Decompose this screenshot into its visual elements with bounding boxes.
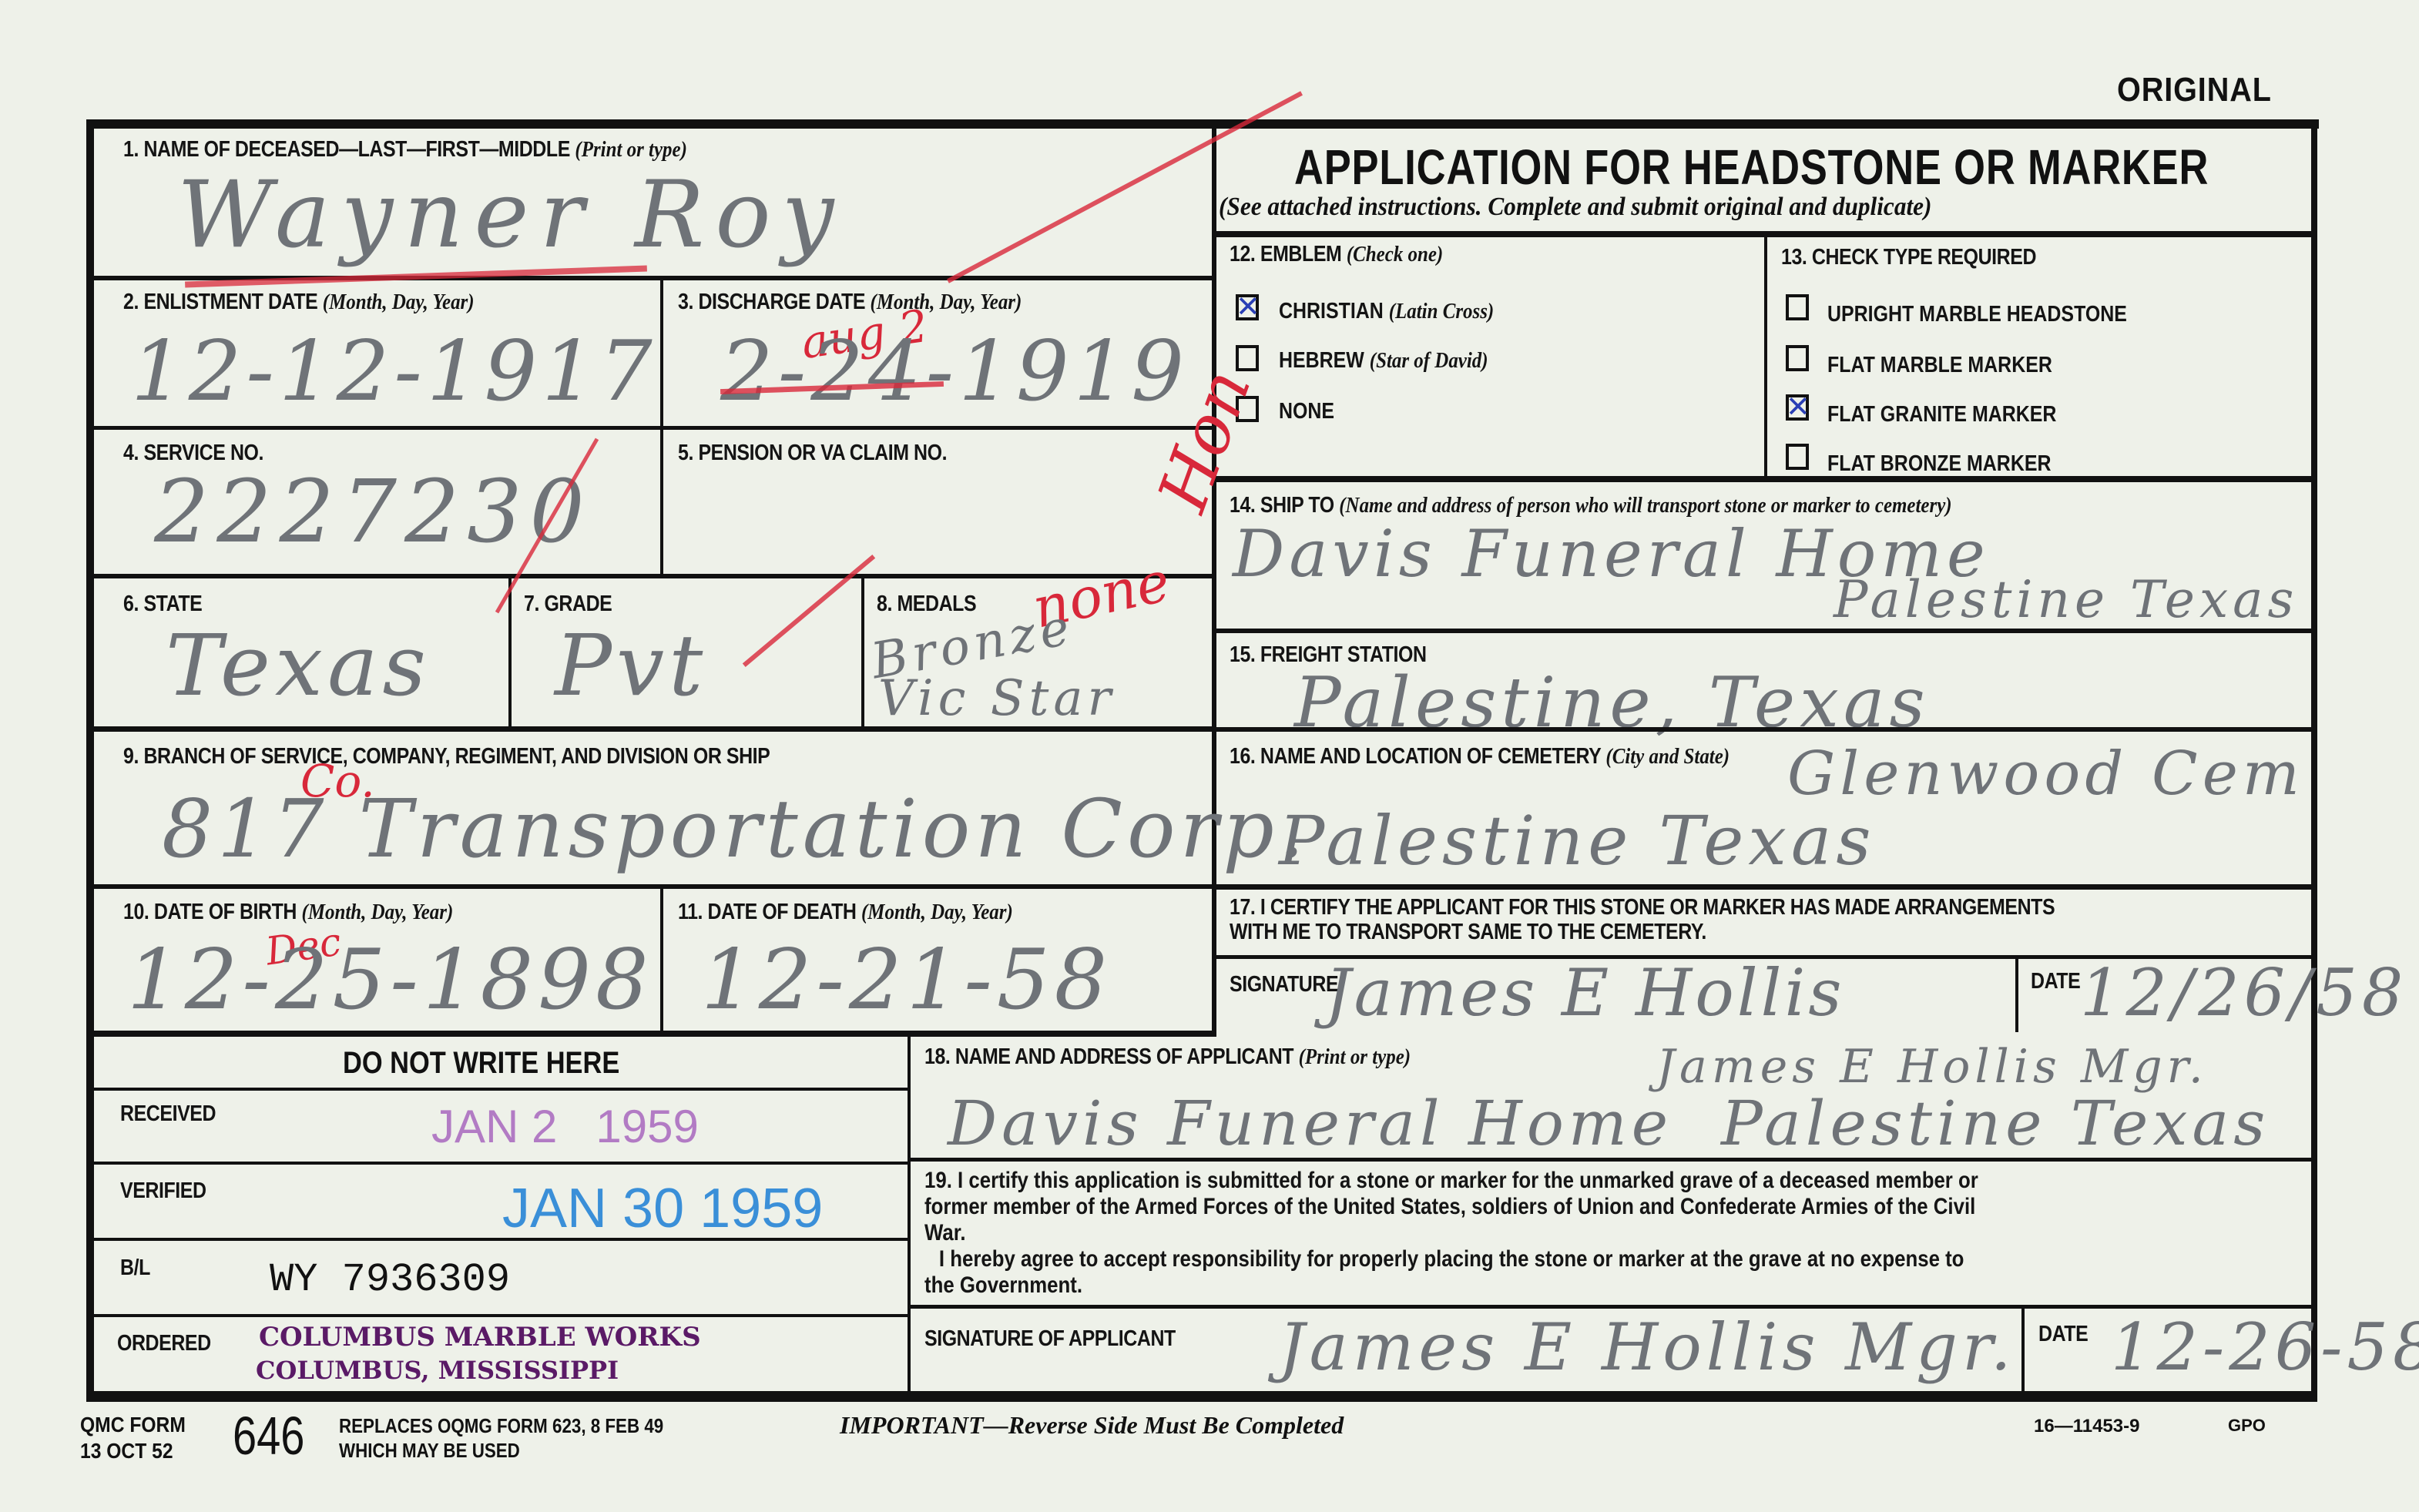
divider [86,1031,1216,1037]
branch-value[interactable]: 817 Transportation Corp. [162,782,1309,876]
frame-bottom [86,1391,2317,1402]
type-upright-marble-option[interactable]: UPRIGHT MARBLE HEADSTONE [1827,302,2127,327]
field-1-label: 1. NAME OF DECEASED—LAST—FIRST—MIDDLE (P… [123,137,687,163]
emblem-christian-hint: (Latin Cross) [1389,299,1495,324]
field-9-label: 9. BRANCH OF SERVICE, COMPANY, REGIMENT,… [123,744,770,769]
red-slash-3 [743,555,875,667]
field-17-label-line-1: 17. I CERTIFY THE APPLICANT FOR THIS STO… [1230,895,2055,920]
divider [911,1305,2313,1309]
emblem-hebrew-option[interactable]: HEBREW (Star of David) [1279,348,1488,374]
transporter-signature-value[interactable]: James E Hollis [1325,955,1844,1031]
deceased-name-value[interactable]: Wayner Roy [177,162,844,269]
bill-of-lading-value: WY 7936309 [270,1257,510,1302]
emblem-hebrew-hint: (Star of David) [1370,348,1488,373]
type-upright-marble-checkbox[interactable] [1786,294,1809,320]
type-flat-granite-checkbox[interactable] [1786,394,1809,421]
frame-left [86,119,94,1400]
field-14-label: 14. SHIP TO (Name and address of person … [1230,493,1952,518]
death-date-value[interactable]: 12-21-58 [701,932,1112,1028]
form-id-line-2: 13 OCT 52 [80,1439,173,1463]
divider [660,430,663,576]
replaces-line-2: WHICH MAY BE USED [339,1439,520,1463]
bill-of-lading-label: B/L [120,1256,150,1281]
field-12-label-hint: (Check one) [1347,242,1443,267]
field-14-label-hint: (Name and address of person who will tra… [1339,493,1951,518]
frame-right [2311,119,2317,1400]
important-prefix: IMPORTANT [840,1411,984,1439]
divider [94,884,1212,889]
divider [1216,727,2313,732]
verified-stamp: JAN 30 1959 [502,1177,823,1240]
field-18-label-hint: (Print or type) [1299,1044,1411,1069]
pension-claim-value[interactable] [678,485,1202,562]
field-2-label-hint: (Month, Day, Year) [323,290,475,314]
applicant-date-label: DATE [2038,1322,2088,1347]
divider [94,1238,909,1241]
verified-label: VERIFIED [120,1178,206,1204]
medals-value-line-2[interactable]: Vic Star [878,670,1116,727]
print-code: 16—11453-9 [2034,1416,2139,1437]
discharge-date-value[interactable]: 2-24-1919 [720,324,1189,420]
frame-top [86,119,2319,129]
type-flat-marble-option[interactable]: FLAT MARBLE MARKER [1827,353,2052,378]
divider [508,578,512,726]
transporter-date-label: DATE [2031,969,2080,994]
field-12-label-text: 12. EMBLEM [1230,242,1341,267]
field-10-label-text: 10. DATE OF BIRTH [123,900,297,924]
field-8-label: 8. MEDALS [877,592,976,617]
field-5-label: 5. PENSION OR VA CLAIM NO. [678,441,947,466]
certification-paragraph-1: 19. I certify this application is submit… [924,1168,1991,1246]
form-subtitle: (See attached instructions. Complete and… [1219,193,1931,222]
type-flat-bronze-option[interactable]: FLAT BRONZE MARKER [1827,451,2051,477]
divider [911,1158,2313,1162]
printer-label: GPO [2228,1416,2266,1436]
replaces-line-1: REPLACES OQMG FORM 623, 8 FEB 49 [339,1414,663,1438]
divider [1764,237,1767,476]
divider [861,578,864,726]
form-title: APPLICATION FOR HEADSTONE OR MARKER [1294,139,2209,196]
type-flat-marble-checkbox[interactable] [1786,345,1809,371]
office-use-title: DO NOT WRITE HERE [343,1046,619,1081]
cemetery-value-line-2[interactable]: Palestine Texas [1279,801,1876,880]
type-flat-bronze-checkbox[interactable] [1786,444,1809,470]
applicant-signature-label: SIGNATURE OF APPLICANT [924,1326,1176,1352]
ordered-stamp-line-2: COLUMBUS, MISSISSIPPI [256,1356,619,1385]
divider [1216,476,2313,482]
emblem-hebrew-checkbox[interactable] [1236,345,1259,371]
field-18-label-text: 18. NAME AND ADDRESS OF APPLICANT [924,1044,1293,1069]
divider [908,1037,911,1393]
divider [94,726,1212,732]
field-10-label: 10. DATE OF BIRTH (Month, Day, Year) [123,900,453,925]
field-2-label-text: 2. ENLISTMENT DATE [123,290,317,314]
field-11-label-hint: (Month, Day, Year) [861,900,1013,924]
important-text: —Reverse Side Must Be Completed [984,1411,1344,1439]
certification-text: 19. I certify this application is submit… [924,1168,1991,1299]
divider [94,1314,909,1317]
divider [1216,884,2313,890]
field-1-label-text: 1. NAME OF DECEASED—LAST—FIRST—MIDDLE [123,137,570,162]
divider [2021,1309,2025,1392]
divider [1216,629,2313,633]
field-7-label: 7. GRADE [524,592,612,617]
service-number-value[interactable]: 2227230 [154,462,592,562]
field-11-label-text: 11. DATE OF DEATH [678,900,857,924]
form-number: 646 [233,1408,304,1463]
applicant-signature-above: James E Hollis Mgr. [1656,1040,2208,1094]
field-13-label: 13. CHECK TYPE REQUIRED [1781,245,2036,270]
field-16-label-hint: (City and State) [1605,744,1730,769]
emblem-hebrew-label: HEBREW [1279,348,1364,373]
divider [94,1162,909,1165]
field-1-label-hint: (Print or type) [575,137,686,162]
applicant-date-value[interactable]: 12-26-58 [2111,1309,2419,1385]
important-note: IMPORTANT—Reverse Side Must Be Completed [840,1411,1344,1440]
type-flat-granite-option[interactable]: FLAT GRANITE MARKER [1827,402,2056,427]
grade-value[interactable]: Pvt [555,616,707,715]
transporter-date-value[interactable]: 12/26/58 [2080,955,2407,1031]
state-value[interactable]: Texas [166,616,431,715]
ordered-stamp-line-1: COLUMBUS MARBLE WORKS [259,1322,701,1353]
emblem-christian-label: CHRISTIAN [1279,299,1384,324]
divider [2015,959,2018,1032]
field-17-label-line-2: WITH ME TO TRANSPORT SAME TO THE CEMETER… [1230,920,1706,945]
field-11-label: 11. DATE OF DEATH (Month, Day, Year) [678,900,1013,925]
field-6-label: 6. STATE [123,592,202,617]
cemetery-value-line-1[interactable]: Glenwood Cem [1787,739,2304,809]
enlistment-date-value[interactable]: 12-12-1917 [131,324,657,420]
field-14-label-text: 14. SHIP TO [1230,493,1334,518]
form-id-line-1: QMC FORM [80,1413,186,1437]
divider [94,1088,909,1091]
received-stamp: JAN 2 1959 [431,1100,699,1153]
copy-label: ORIGINAL [2117,71,2272,109]
field-12-label: 12. EMBLEM (Check one) [1230,242,1443,267]
divider [660,280,663,427]
divider [94,426,1212,430]
divider [1216,231,2313,237]
emblem-christian-option[interactable]: CHRISTIAN (Latin Cross) [1279,299,1494,324]
applicant-signature-value[interactable]: James E Hollis Mgr. [1279,1309,2016,1385]
birth-date-value[interactable]: 12-25-1898 [127,932,653,1028]
certification-paragraph-2: I hereby agree to accept responsibility … [924,1246,1991,1299]
ship-to-value-line-2[interactable]: Palestine Texas [1834,570,2298,629]
divider [660,889,663,1032]
field-2-label: 2. ENLISTMENT DATE (Month, Day, Year) [123,290,475,315]
field-16-label: 16. NAME AND LOCATION OF CEMETERY (City … [1230,744,1730,769]
emblem-none-option[interactable]: NONE [1279,399,1334,424]
transporter-signature-label: SIGNATURE [1230,972,1338,997]
field-16-label-text: 16. NAME AND LOCATION OF CEMETERY [1230,744,1601,769]
field-18-label: 18. NAME AND ADDRESS OF APPLICANT (Print… [924,1044,1411,1070]
received-label: RECEIVED [120,1101,216,1127]
ordered-label: ORDERED [117,1331,211,1356]
column-divider [1212,119,1216,1036]
emblem-christian-checkbox[interactable] [1236,294,1259,320]
field-3-label-text: 3. DISCHARGE DATE [678,290,865,314]
applicant-name-address-value[interactable]: Davis Funeral Home Palestine Texas [948,1088,2270,1159]
